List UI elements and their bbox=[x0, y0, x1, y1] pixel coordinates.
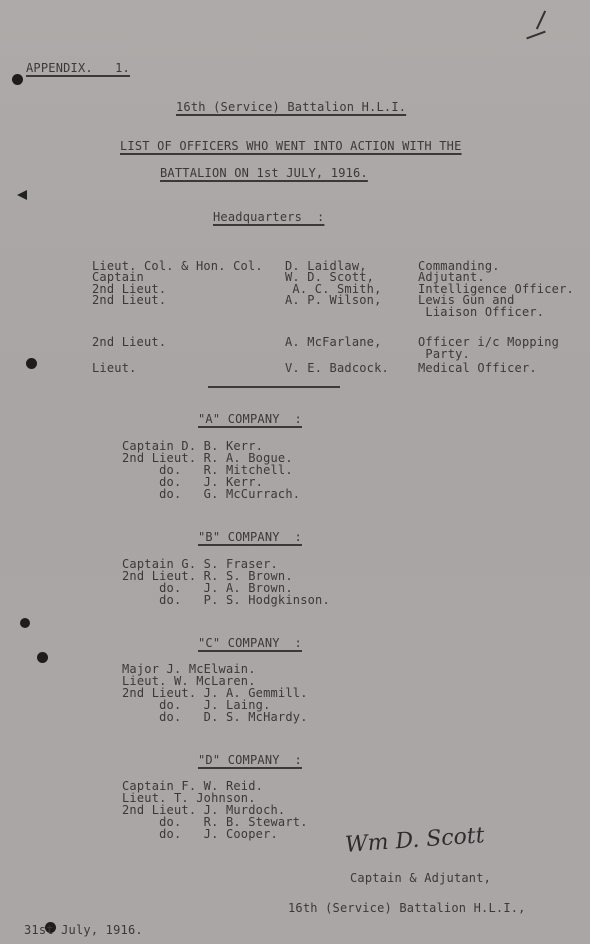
title-line-1: LIST OF OFFICERS WHO WENT INTO ACTION WI… bbox=[120, 140, 462, 152]
officer-line: do. P. S. Hodgkinson. bbox=[122, 594, 330, 606]
signer-unit: 16th (Service) Battalion H.L.I., bbox=[288, 902, 526, 914]
company-heading: "A" COMPANY : bbox=[198, 413, 302, 425]
headquarters-heading: Headquarters : bbox=[213, 211, 324, 223]
document-date: 31st July, 1916. bbox=[24, 924, 143, 936]
appendix-label: APPENDIX. 1. bbox=[26, 62, 130, 74]
title-line-2: BATTALION ON 1st JULY, 1916. bbox=[160, 167, 368, 179]
punch-hole bbox=[26, 358, 37, 369]
hq-role-cont: Liaison Officer. bbox=[418, 306, 544, 318]
hq-name: A. P. Wilson, bbox=[285, 294, 382, 306]
document-page: APPENDIX. 1. 16th (Service) Battalion H.… bbox=[0, 0, 590, 944]
tab-mark-icon bbox=[17, 190, 27, 200]
signer-title: Captain & Adjutant, bbox=[350, 872, 491, 884]
hq-rank: 2nd Lieut. bbox=[92, 336, 166, 348]
battalion-heading: 16th (Service) Battalion H.L.I. bbox=[176, 101, 406, 113]
hq-name: V. E. Badcock. bbox=[285, 362, 389, 374]
officer-line: do. D. S. McHardy. bbox=[122, 711, 308, 723]
hq-rank: 2nd Lieut. bbox=[92, 294, 166, 306]
punch-hole bbox=[12, 74, 23, 85]
company-heading: "C" COMPANY : bbox=[198, 637, 302, 649]
divider-rule bbox=[208, 386, 340, 388]
hq-name: A. McFarlane, bbox=[285, 336, 382, 348]
company-heading: "D" COMPANY : bbox=[198, 754, 302, 766]
punch-hole bbox=[37, 652, 48, 663]
officer-line: do. G. McCurrach. bbox=[122, 488, 300, 500]
hq-rank: Lieut. bbox=[92, 362, 137, 374]
company-heading: "B" COMPANY : bbox=[198, 531, 302, 543]
signature: Wm D. Scott bbox=[344, 823, 485, 858]
pencil-mark bbox=[526, 31, 545, 40]
hq-role: Medical Officer. bbox=[418, 362, 537, 374]
hq-role-cont: Party. bbox=[418, 348, 470, 360]
officer-line: do. J. Cooper. bbox=[122, 828, 278, 840]
punch-hole bbox=[20, 618, 30, 628]
pencil-mark bbox=[536, 11, 546, 30]
